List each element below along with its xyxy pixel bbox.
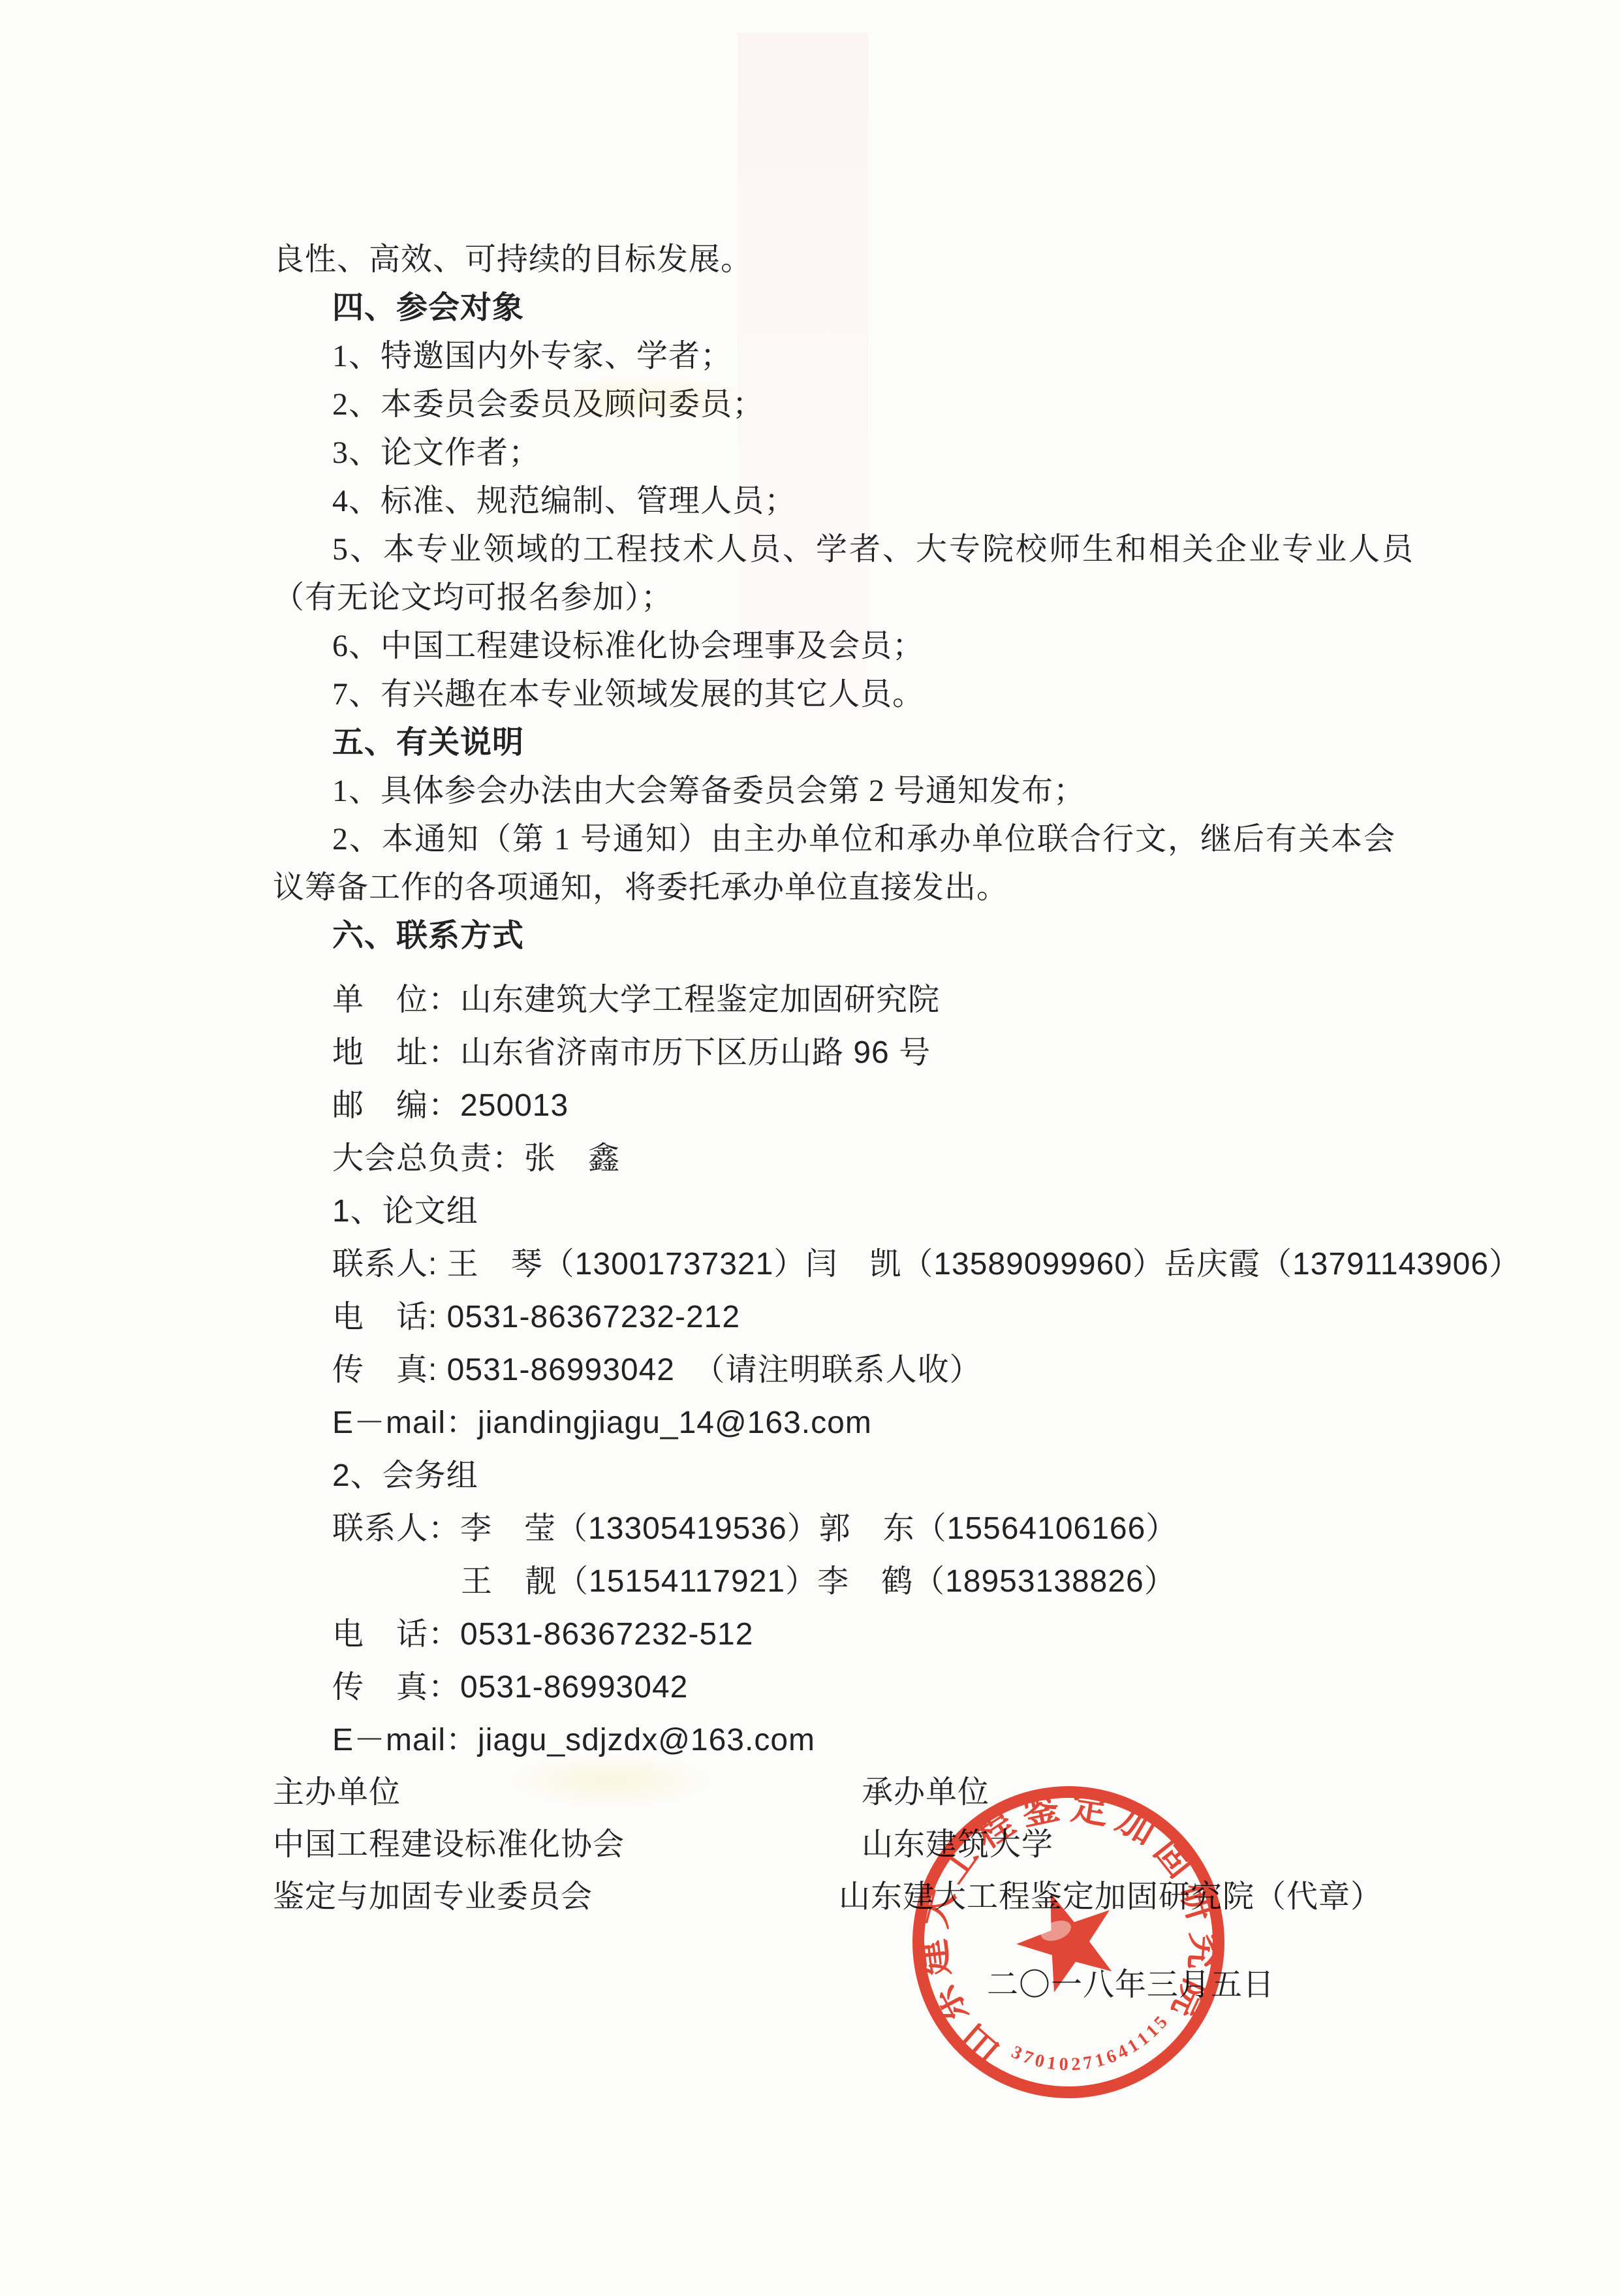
seal-arc-char: 究 [1181, 1931, 1225, 1971]
contact-postcode: 邮 编：250013 [273, 1079, 1382, 1132]
contact-chief: 大会总负责：张 鑫 [273, 1132, 1382, 1185]
section4-heading: 四、参会对象 [273, 284, 1382, 332]
body-text-block: 良性、高效、可持续的目标发展。 四、参会对象 1、特邀国内外专家、学者； 2、本… [273, 236, 1382, 960]
section6-heading: 六、联系方式 [273, 912, 1382, 960]
list-item: 2、本通知（第 1 号通知）由主办单位和承办单位联合行文，继后有关本会 [273, 815, 1382, 864]
seal-arc-char: 加 [1110, 1799, 1163, 1853]
list-item: 5、本专业领域的工程技术人员、学者、大专院校师生和相关企业专业人员 [273, 526, 1382, 574]
contact-address: 地 址：山东省济南市历下区历山路 96 号 [273, 1026, 1382, 1079]
list-item: 1、具体参会办法由大会筹备委员会第 2 号通知发布； [273, 767, 1382, 815]
contact-block: 单 位：山东建筑大学工程鉴定加固研究院 地 址：山东省济南市历下区历山路 96 … [273, 973, 1382, 1767]
affairs-group-contacts-continuation: 王 靓（15154117921）李 鹤（18953138826） [273, 1555, 1382, 1608]
list-item: 3、论文作者； [273, 429, 1382, 477]
paper-group-fax: 传 真: 0531-86993042 （请注明联系人收） [273, 1344, 1382, 1396]
contact-unit: 单 位：山东建筑大学工程鉴定加固研究院 [273, 973, 1382, 1026]
seal-arc-char: 固 [1146, 1831, 1202, 1886]
affairs-group-title: 2、会务组 [273, 1449, 1382, 1502]
seal-serial-digit: 0 [1059, 2054, 1068, 2075]
paper-group-contacts: 联系人: 王 琴（13001737321）闫 凯（13589099960）岳庆霞… [273, 1238, 1382, 1291]
affairs-group-tel: 电 话：0531-86367232-512 [273, 1608, 1382, 1661]
star-icon [1004, 1876, 1130, 1999]
section5-heading: 五、有关说明 [273, 719, 1382, 767]
seal-arc-char: 定 [1068, 1785, 1112, 1832]
list-item: 1、特邀国内外专家、学者； [273, 332, 1382, 381]
seal-serial-digit: 1 [1046, 2052, 1057, 2074]
host-name-line1: 中国工程建设标准化协会 [273, 1819, 862, 1871]
seal-serial-digit: 2 [1070, 2054, 1081, 2075]
paragraph-continuation: 良性、高效、可持续的目标发展。 [273, 236, 1382, 284]
affairs-group-contacts: 联系人：李 莹（13305419536）郭 东（15564106166） [273, 1502, 1382, 1555]
list-item-continuation: 议筹备工作的各项通知，将委托承办单位直接发出。 [273, 864, 1382, 912]
list-item: 7、有兴趣在本专业领域发展的其它人员。 [273, 670, 1382, 719]
list-item: 4、标准、规范编制、管理人员； [273, 477, 1382, 526]
affairs-group-email: E－mail：jiagu_sdjzdx@163.com [273, 1714, 1382, 1767]
paper-group-tel: 电 话: 0531-86367232-212 [273, 1291, 1382, 1344]
seal-serial-digit: 0 [1033, 2051, 1046, 2072]
seal-arc-char: 山 [952, 2016, 1007, 2071]
host-label: 主办单位 [273, 1767, 862, 1819]
paper-group-email: E－mail：jiandingjiagu_14@163.com [273, 1396, 1382, 1449]
affairs-group-fax: 传 真：0531-86993042 [273, 1661, 1382, 1714]
list-item: 6、中国工程建设标准化协会理事及会员； [273, 622, 1382, 670]
paper-group-title: 1、论文组 [273, 1185, 1382, 1238]
seal-serial-digit: 7 [1082, 2052, 1094, 2074]
document-content: 良性、高效、可持续的目标发展。 四、参会对象 1、特邀国内外专家、学者； 2、本… [273, 236, 1382, 2011]
list-item: 2、本委员会委员及顾问委员； [273, 381, 1382, 429]
official-seal: 山东建大工程鉴定加固研究院37010271641115 [892, 1766, 1245, 2118]
seal-arc-char: 建 [912, 1937, 957, 1979]
document-page: 良性、高效、可持续的目标发展。 四、参会对象 1、特邀国内外专家、学者； 2、本… [0, 0, 1620, 2296]
seal-arc-char: 程 [968, 1802, 1021, 1857]
list-item-continuation: （有无论文均可报名参加）； [273, 574, 1382, 622]
seal-arc-char: 工 [931, 1836, 986, 1891]
host-name-line2: 鉴定与加固专业委员会 [273, 1871, 839, 1923]
